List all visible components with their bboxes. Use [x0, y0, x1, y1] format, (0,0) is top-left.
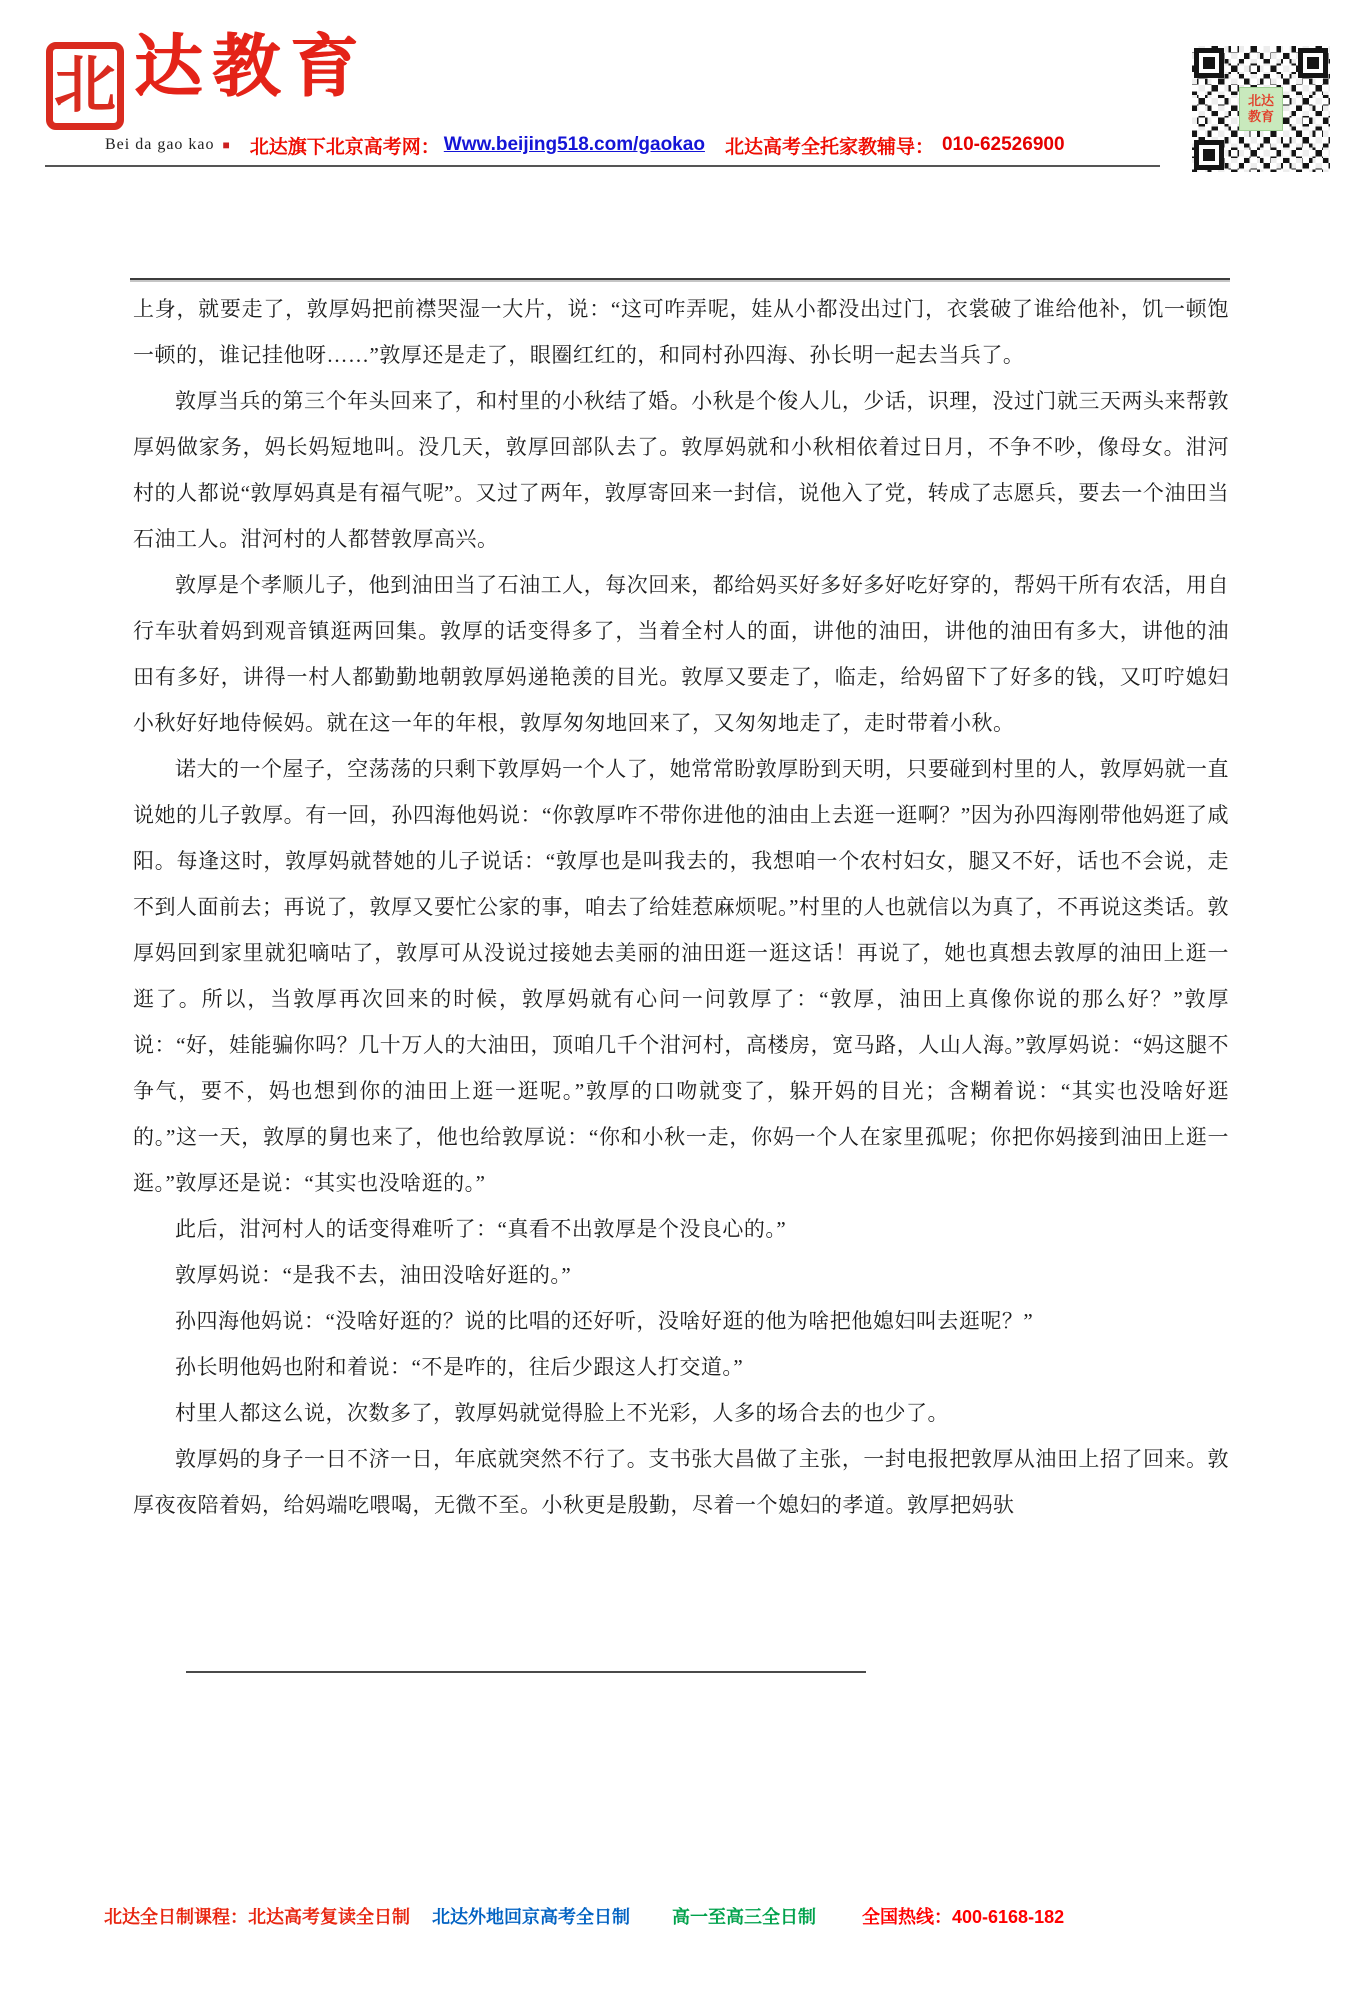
qr-finder-icon	[1298, 48, 1328, 78]
paragraph: 村里人都这么说，次数多了，敦厚妈就觉得脸上不光彩，人多的场合去的也少了。	[133, 1390, 1229, 1436]
seal-character: 北	[54, 55, 116, 117]
footer-item-grades: 高一至高三全日制	[672, 1907, 816, 1927]
beida-seal-logo: 北	[46, 42, 124, 130]
paragraph: 诺大的一个屋子，空荡荡的只剩下敦厚妈一个人了，她常常盼敦厚盼到天明，只要碰到村里…	[133, 746, 1229, 1206]
tutor-phone-number: 010-62526900	[942, 134, 1065, 156]
footnote-divider	[186, 1671, 866, 1673]
content-top-divider	[130, 278, 1230, 280]
site-label: 北达旗下北京高考网：	[250, 132, 440, 159]
letterhead-tagline-row: Bei da gao kao ■ 北达旗下北京高考网： Www.beijing5…	[105, 132, 1065, 158]
footer-hotline-number: 400-6168-182	[952, 1907, 1064, 1927]
qr-finder-icon	[1194, 48, 1224, 78]
beida-brand-text: 达教育	[134, 30, 368, 105]
qr-center-label: 北达 教育	[1239, 87, 1283, 131]
letterhead-divider	[45, 165, 1160, 167]
brand-pinyin: Bei da gao kao	[105, 136, 215, 154]
paragraph: 孙长明他妈也附和着说：“不是咋的，往后少跟这人打交道。”	[133, 1344, 1229, 1390]
footer-item-returning: 北达外地回京高考全日制	[432, 1907, 630, 1927]
document-page: 北 达教育 Bei da gao kao ■ 北达旗下北京高考网： Www.be…	[0, 0, 1358, 2008]
footer-course-label: 北达全日制课程：	[104, 1907, 248, 1927]
square-bullet-icon: ■	[223, 138, 230, 153]
footer-hotline-label: 全国热线：	[862, 1907, 952, 1927]
paragraph: 敦厚当兵的第三个年头回来了，和村里的小秋结了婚。小秋是个俊人儿，少话，识理，没过…	[133, 378, 1229, 562]
footer-item-fulltime: 北达高考复读全日制	[248, 1907, 410, 1927]
qr-finder-icon	[1194, 140, 1224, 170]
paragraph: 孙四海他妈说：“没啥好逛的？说的比唱的还好听，没啥好逛的他为啥把他媳妇叫去逛呢？…	[133, 1298, 1229, 1344]
qr-label-line1: 北达	[1248, 93, 1274, 109]
page-footer: 北达全日制课程：北达高考复读全日制北达外地回京高考全日制高一至高三全日制全国热线…	[104, 1903, 1064, 1929]
paragraph: 敦厚妈说：“是我不去，油田没啥好逛的。”	[133, 1252, 1229, 1298]
qr-label-line2: 教育	[1248, 109, 1274, 125]
gaokao-site-link[interactable]: Www.beijing518.com/gaokao	[444, 134, 705, 156]
paragraph: 敦厚妈的身子一日不济一日，年底就突然不行了。支书张大昌做了主张，一封电报把敦厚从…	[133, 1436, 1229, 1528]
qr-code: 北达 教育	[1192, 46, 1330, 172]
paragraph: 敦厚是个孝顺儿子，他到油田当了石油工人，每次回来，都给妈买好多好多好吃好穿的，帮…	[133, 562, 1229, 746]
reading-passage: 上身，就要走了，敦厚妈把前襟哭湿一大片，说：“这可咋弄呢，娃从小都没出过门，衣裳…	[133, 286, 1229, 1528]
tutor-label: 北达高考全托家教辅导：	[725, 132, 934, 159]
paragraph: 此后，泔河村人的话变得难听了：“真看不出敦厚是个没良心的。”	[133, 1206, 1229, 1252]
paragraph: 上身，就要走了，敦厚妈把前襟哭湿一大片，说：“这可咋弄呢，娃从小都没出过门，衣裳…	[133, 286, 1229, 378]
